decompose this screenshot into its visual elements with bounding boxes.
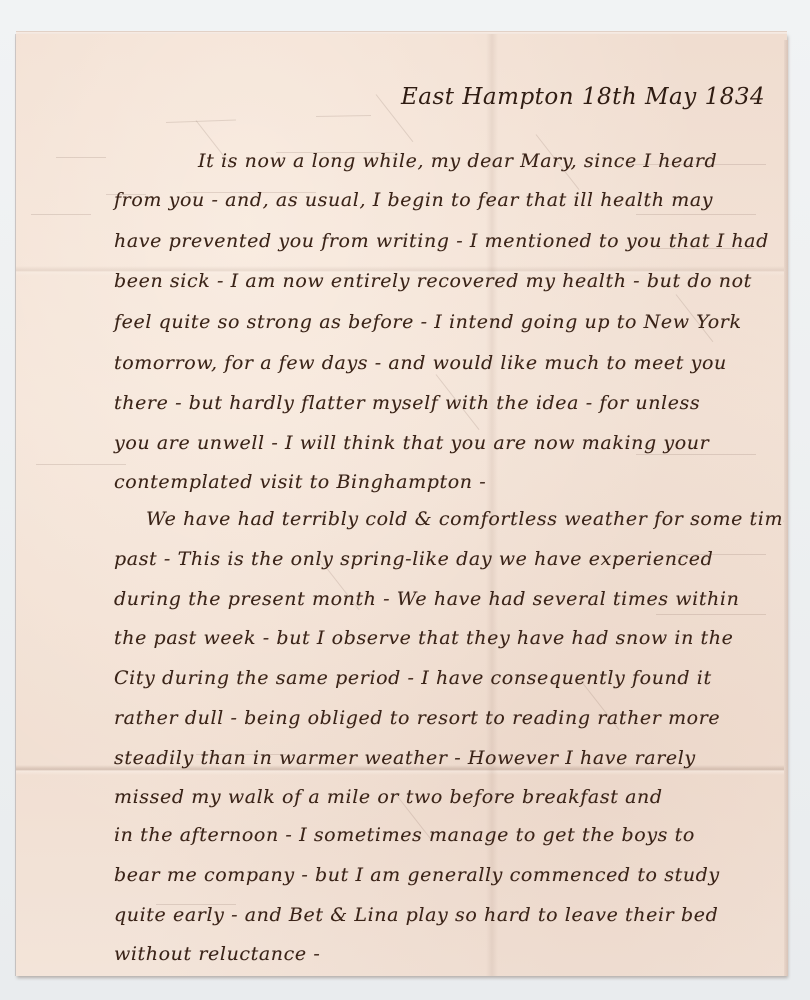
letter-line: during the present month - We have had s…	[114, 588, 739, 610]
letter-line: quite early - and Bet & Lina play so har…	[114, 904, 718, 926]
letter-line: without reluctance -	[114, 943, 320, 965]
paper-right-edge	[784, 40, 788, 976]
letter-line: bear me company - but I am generally com…	[114, 864, 720, 886]
letter-line: tomorrow, for a few days - and would lik…	[114, 352, 727, 374]
letter-line: from you - and, as usual, I begin to fea…	[114, 189, 713, 211]
letter-line: there - but hardly flatter myself with t…	[114, 392, 700, 414]
letter-line: steadily than in warmer weather - Howeve…	[114, 747, 696, 769]
letter-line: in the afternoon - I sometimes manage to…	[114, 824, 695, 846]
letter-line: past - This is the only spring-like day …	[114, 548, 713, 570]
letter-text: East Hampton 18th May 1834 It is now a l…	[16, 34, 787, 976]
letter-line: you are unwell - I will think that you a…	[114, 432, 709, 454]
letter-line: rather dull - being obliged to resort to…	[114, 707, 720, 729]
letter-line: the past week - but I observe that they …	[114, 627, 733, 649]
letter-line: missed my walk of a mile or two before b…	[114, 786, 663, 808]
letter-line: have prevented you from writing - I ment…	[114, 230, 769, 252]
letter-line: We have had terribly cold & comfortless …	[146, 508, 787, 530]
letter-dateline: East Hampton 18th May 1834	[401, 84, 765, 110]
letter-line: It is now a long while, my dear Mary, si…	[198, 150, 717, 172]
letter-line: been sick - I am now entirely recovered …	[114, 270, 752, 292]
letter-line: City during the same period - I have con…	[114, 667, 712, 689]
letter-line: feel quite so strong as before - I inten…	[114, 311, 742, 333]
letter-line: contemplated visit to Binghampton -	[114, 471, 486, 493]
letter-page: East Hampton 18th May 1834 It is now a l…	[16, 34, 787, 976]
